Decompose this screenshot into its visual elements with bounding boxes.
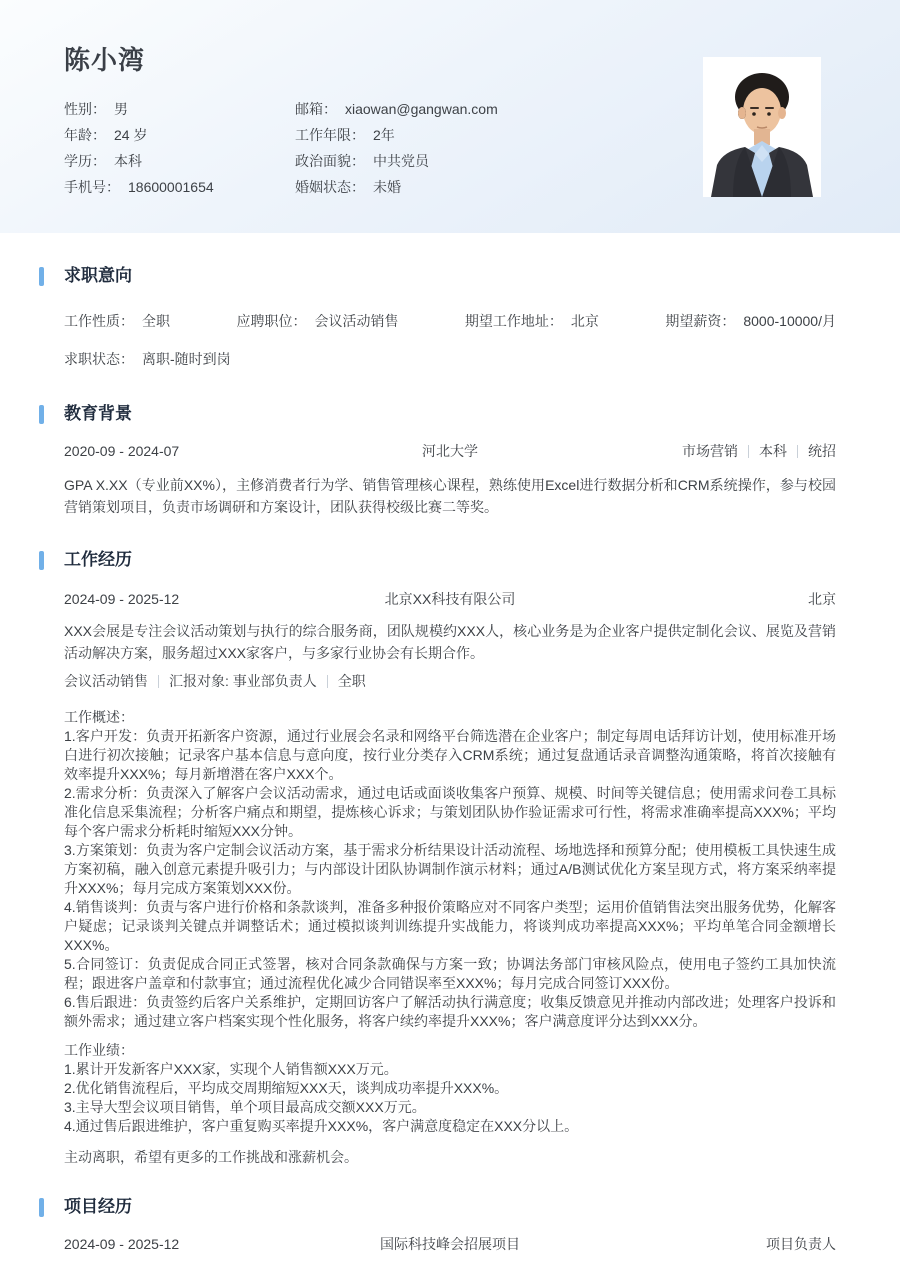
candidate-photo [703, 57, 821, 197]
info-value: xiaowan@gangwan.com [345, 101, 498, 117]
work-company: 北京XX科技有限公司 [298, 590, 602, 608]
work-overview: 工作概述： 1.客户开发：负责开拓新客户资源，通过行业展会名录和网络平台筛选潜在… [64, 708, 836, 1031]
achievement-items: 1.累计开发新客户XXX家，实现个人销售额XXX万元。2.优化销售流程后，平均成… [64, 1060, 836, 1136]
resume-page: 陈小湾 性别：男 邮箱：xiaowan@gangwan.com 年龄：24 岁 … [0, 0, 900, 1275]
section-title-text: 求职意向 [64, 264, 132, 288]
field-label: 应聘职位： [236, 313, 306, 329]
section-title-education: 教育背景 [39, 402, 836, 426]
section-title-text: 项目经历 [64, 1195, 132, 1219]
info-value: 本科 [114, 153, 142, 169]
education-description: GPA X.XX（专业前XX%），主修消费者行为学、销售管理核心课程，熟练使用E… [64, 474, 836, 518]
info-value: 18600001654 [128, 179, 214, 195]
info-political: 政治面貌：中共党员 [295, 151, 624, 171]
text-line: 6.售后跟进：负责签约后客户关系维护，定期回访客户了解活动执行满意度；收集反馈意… [64, 993, 836, 1031]
report-to: 汇报对象: 事业部负责人 [169, 670, 317, 692]
info-age: 年龄：24 岁 [64, 125, 295, 145]
divider [797, 445, 798, 458]
project-date: 2024-09 - 2025-12 [64, 1235, 298, 1253]
education-meta-row: 2020-09 - 2024-07 河北大学 市场营销 本科 统招 [64, 442, 836, 460]
text-line: 1.累计开发新客户XXX家，实现个人销售额XXX万元。 [64, 1060, 836, 1079]
info-email: 邮箱：xiaowan@gangwan.com [295, 99, 624, 119]
field-label: 求职状态： [64, 351, 134, 367]
achievements-title: 工作业绩： [64, 1041, 836, 1060]
job-type: 全职 [338, 670, 366, 692]
info-value: 24 岁 [114, 127, 147, 143]
field-value: 全职 [142, 313, 170, 329]
education-date: 2020-09 - 2024-07 [64, 442, 298, 460]
text-line: 1.客户开发：负责开拓新客户资源，通过行业展会名录和网络平台筛选潜在企业客户；制… [64, 727, 836, 784]
info-years: 工作年限：2年 [295, 125, 624, 145]
resume-body: 求职意向 工作性质：全职 应聘职位：会议活动销售 期望工作地址：北京 期望薪资：… [0, 264, 900, 1253]
section-title-text: 教育背景 [64, 402, 132, 426]
info-label: 工作年限： [295, 127, 365, 143]
position-title: 会议活动销售 [64, 670, 148, 692]
target-position: 应聘职位：会议活动销售 [236, 312, 398, 330]
work-overview-title: 工作概述： [64, 708, 836, 727]
expected-salary: 期望薪资：8000-10000/月 [665, 312, 836, 330]
education-enrollment-type: 统招 [808, 442, 836, 460]
portrait-illustration [703, 57, 821, 197]
education-tags: 市场营销 本科 统招 [602, 442, 836, 460]
info-gender: 性别：男 [64, 99, 295, 119]
education-major: 市场营销 [682, 442, 738, 460]
work-meta-row: 2024-09 - 2025-12 北京XX科技有限公司 北京 [64, 590, 836, 608]
info-label: 手机号： [64, 179, 120, 195]
text-line: 4.销售谈判：负责与客户进行价格和条款谈判，准备多种报价策略应对不同客户类型；运… [64, 898, 836, 955]
info-label: 婚姻状态： [295, 179, 365, 195]
section-title-project-experience: 项目经历 [39, 1195, 836, 1219]
text-line: 4.通过售后跟进维护，客户重复购买率提升XXX%，客户满意度稳定在XXX分以上。 [64, 1117, 836, 1136]
target-location: 期望工作地址：北京 [465, 312, 599, 330]
position-row: 会议活动销售 汇报对象: 事业部负责人 全职 [64, 670, 836, 692]
project-meta-row: 2024-09 - 2025-12 国际科技峰会招展项目 项目负责人 [64, 1235, 836, 1253]
education-degree: 本科 [759, 442, 787, 460]
resume-header: 陈小湾 性别：男 邮箱：xiaowan@gangwan.com 年龄：24 岁 … [0, 0, 900, 233]
info-label: 政治面貌： [295, 153, 365, 169]
education-school: 河北大学 [298, 442, 602, 460]
info-value: 男 [114, 101, 128, 117]
project-role: 项目负责人 [602, 1235, 836, 1253]
info-value: 未婚 [373, 179, 401, 195]
text-line: 3.方案策划：负责为客户定制会议活动方案，基于需求分析结果设计活动流程、场地选择… [64, 841, 836, 898]
section-accent-bar [39, 1198, 44, 1217]
job-nature: 工作性质：全职 [64, 312, 170, 330]
job-status: 求职状态：离职-随时到岗 [64, 351, 231, 367]
divider [748, 445, 749, 458]
company-intro: XXX会展是专注会议活动策划与执行的综合服务商，团队规模约XXX人，核心业务是为… [64, 620, 836, 664]
personal-info-grid: 性别：男 邮箱：xiaowan@gangwan.com 年龄：24 岁 工作年限… [64, 96, 624, 200]
field-value: 会议活动销售 [314, 313, 398, 329]
info-phone: 手机号：18600001654 [64, 177, 295, 197]
text-line: 2.优化销售流程后，平均成交周期缩短XXX天，谈判成功率提升XXX%。 [64, 1079, 836, 1098]
divider [158, 675, 159, 688]
leave-reason: 主动离职，希望有更多的工作挑战和涨薪机会。 [64, 1148, 836, 1167]
text-line: 2.需求分析：负责深入了解客户会议活动需求，通过电话或面谈收集客户预算、规模、时… [64, 784, 836, 841]
text-line: 3.主导大型会议项目销售，单个项目最高成交额XXX万元。 [64, 1098, 836, 1117]
section-accent-bar [39, 267, 44, 286]
text-line: 5.合同签订：负责促成合同正式签署，核对合同条款确保与方案一致；协调法务部门审核… [64, 955, 836, 993]
field-label: 期望薪资： [665, 313, 735, 329]
info-value: 2年 [373, 127, 395, 143]
field-value: 8000-10000/月 [743, 313, 836, 329]
field-label: 期望工作地址： [465, 313, 563, 329]
section-accent-bar [39, 551, 44, 570]
work-overview-items: 1.客户开发：负责开拓新客户资源，通过行业展会名录和网络平台筛选潜在企业客户；制… [64, 727, 836, 1031]
project-name: 国际科技峰会招展项目 [298, 1235, 602, 1253]
info-value: 中共党员 [373, 153, 429, 169]
field-label: 工作性质： [64, 313, 134, 329]
section-title-work-experience: 工作经历 [39, 548, 836, 572]
job-intention-row: 工作性质：全职 应聘职位：会议活动销售 期望工作地址：北京 期望薪资：8000-… [64, 312, 836, 330]
section-title-job-intention: 求职意向 [39, 264, 836, 288]
info-label: 年龄： [64, 127, 106, 143]
info-label: 性别： [64, 101, 106, 117]
divider [327, 675, 328, 688]
info-label: 邮箱： [295, 101, 337, 117]
info-label: 学历： [64, 153, 106, 169]
info-marital: 婚姻状态：未婚 [295, 177, 624, 197]
field-value: 北京 [571, 313, 599, 329]
section-title-text: 工作经历 [64, 548, 132, 572]
field-value: 离职-随时到岗 [142, 351, 231, 367]
job-status-row: 求职状态：离职-随时到岗 [64, 350, 836, 368]
work-city: 北京 [602, 590, 836, 608]
info-degree: 学历：本科 [64, 151, 295, 171]
work-date: 2024-09 - 2025-12 [64, 590, 298, 608]
section-accent-bar [39, 405, 44, 424]
